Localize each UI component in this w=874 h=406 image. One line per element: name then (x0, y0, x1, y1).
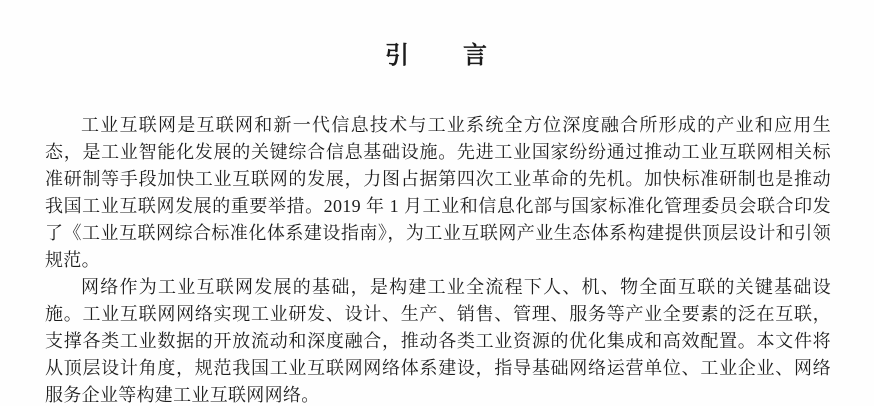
document-page: 引 言 工业互联网是互联网和新一代信息技术与工业系统全方位深度融合所形成的产业和… (0, 0, 874, 406)
page-title: 引 言 (0, 0, 874, 68)
intro-paragraph-2: 网络作为工业互联网发展的基础，是构建工业全流程下人、机、物全面互联的关键基础设施… (45, 274, 831, 406)
intro-paragraph-1: 工业互联网是互联网和新一代信息技术与工业系统全方位深度融合所形成的产业和应用生态… (45, 112, 831, 274)
document-body: 工业互联网是互联网和新一代信息技术与工业系统全方位深度融合所形成的产业和应用生态… (45, 112, 831, 406)
